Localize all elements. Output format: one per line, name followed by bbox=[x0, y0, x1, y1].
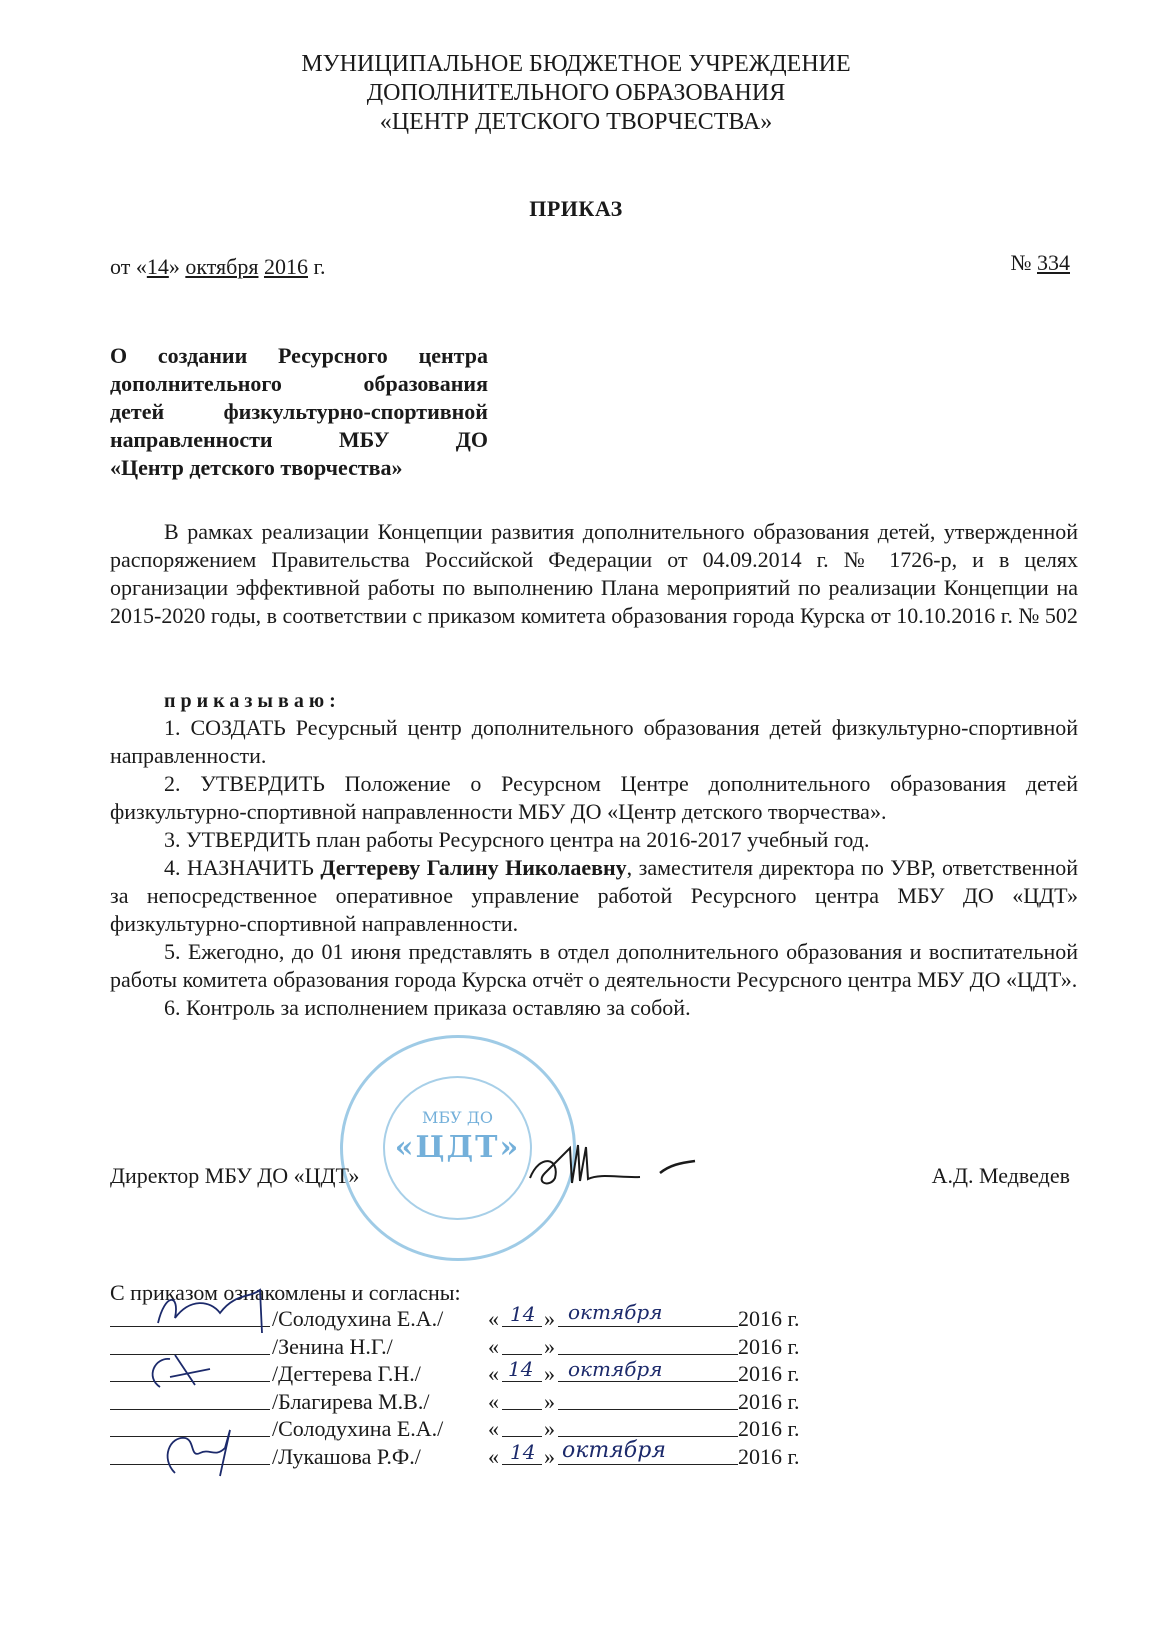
document-title: ПРИКАЗ bbox=[0, 196, 1152, 222]
order-item-6: 6. Контроль за исполнением приказа остав… bbox=[110, 994, 1078, 1022]
order-item-1: 1. СОЗДАТЬ Ресурсный центр дополнительно… bbox=[110, 714, 1078, 770]
date-day: 14 bbox=[147, 254, 169, 279]
acknowledgement-list: /Солодухина Е.А./ « 14 » октября 2016 г.… bbox=[110, 1306, 830, 1471]
order-items: 1. СОЗДАТЬ Ресурсный центр дополнительно… bbox=[110, 714, 1078, 1022]
order-number: № 334 bbox=[1011, 250, 1071, 276]
order-item-4: 4. НАЗНАЧИТЬ Дегтереву Галину Николаевну… bbox=[110, 854, 1078, 938]
appointee-name: Дегтереву Галину Николаевну bbox=[320, 855, 626, 880]
handwritten-month: октября bbox=[562, 1438, 666, 1463]
handwritten-signature-icon bbox=[150, 1288, 270, 1338]
handwritten-day: 14 bbox=[508, 1357, 533, 1381]
ack-row: /Солодухина Е.А./ « 14 » октября 2016 г. bbox=[110, 1306, 830, 1334]
preamble-text: В рамках реализации Концепции развития д… bbox=[110, 518, 1078, 630]
handwritten-signature-icon bbox=[150, 1428, 250, 1478]
handwritten-signature-icon bbox=[140, 1347, 250, 1392]
director-signature-icon bbox=[520, 1133, 720, 1193]
date-year: 2016 bbox=[264, 254, 308, 279]
order-date: от «14» октября 2016 г. bbox=[110, 254, 326, 280]
order-subject: О создании Ресурсного центра дополнитель… bbox=[110, 342, 488, 482]
ack-row: /Дегтерева Г.Н./ « 14 » октября 2016 г. bbox=[110, 1361, 830, 1389]
handwritten-day: 14 bbox=[510, 1302, 535, 1326]
director-name: А.Д. Медведев bbox=[932, 1163, 1070, 1189]
handwritten-month: октября bbox=[568, 1357, 662, 1381]
signature-line bbox=[110, 1409, 270, 1410]
order-item-2: 2. УТВЕРДИТЬ Положение о Ресурсном Центр… bbox=[110, 770, 1078, 826]
order-item-5: 5. Ежегодно, до 01 июня представлять в о… bbox=[110, 938, 1078, 994]
header-line-1: МУНИЦИПАЛЬНОЕ БЮДЖЕТНОЕ УЧРЕЖДЕНИЕ bbox=[0, 50, 1152, 79]
ack-row: /Лукашова Р.Ф./ « 14 » октября 2016 г. bbox=[110, 1444, 830, 1472]
order-word: приказываю: bbox=[164, 690, 341, 713]
preamble: В рамках реализации Концепции развития д… bbox=[110, 518, 1078, 630]
order-number-value: 334 bbox=[1037, 250, 1070, 275]
order-item-3: 3. УТВЕРДИТЬ план работы Ресурсного цент… bbox=[110, 826, 1078, 854]
handwritten-month: октября bbox=[568, 1300, 662, 1324]
director-position: Директор МБУ ДО «ЦДТ» bbox=[110, 1163, 359, 1189]
header-line-2: ДОПОЛНИТЕЛЬНОГО ОБРАЗОВАНИЯ bbox=[0, 79, 1152, 108]
stamp-inner-ring: МБУ ДО «ЦДТ» bbox=[383, 1076, 532, 1220]
header-line-3: «ЦЕНТР ДЕТСКОГО ТВОРЧЕСТВА» bbox=[0, 108, 1152, 137]
ack-row: /Благирева М.В./ « » 2016 г. bbox=[110, 1389, 830, 1417]
handwritten-day: 14 bbox=[510, 1440, 535, 1464]
institution-header: МУНИЦИПАЛЬНОЕ БЮДЖЕТНОЕ УЧРЕЖДЕНИЕ ДОПОЛ… bbox=[0, 50, 1152, 137]
date-month: октября bbox=[185, 254, 258, 279]
